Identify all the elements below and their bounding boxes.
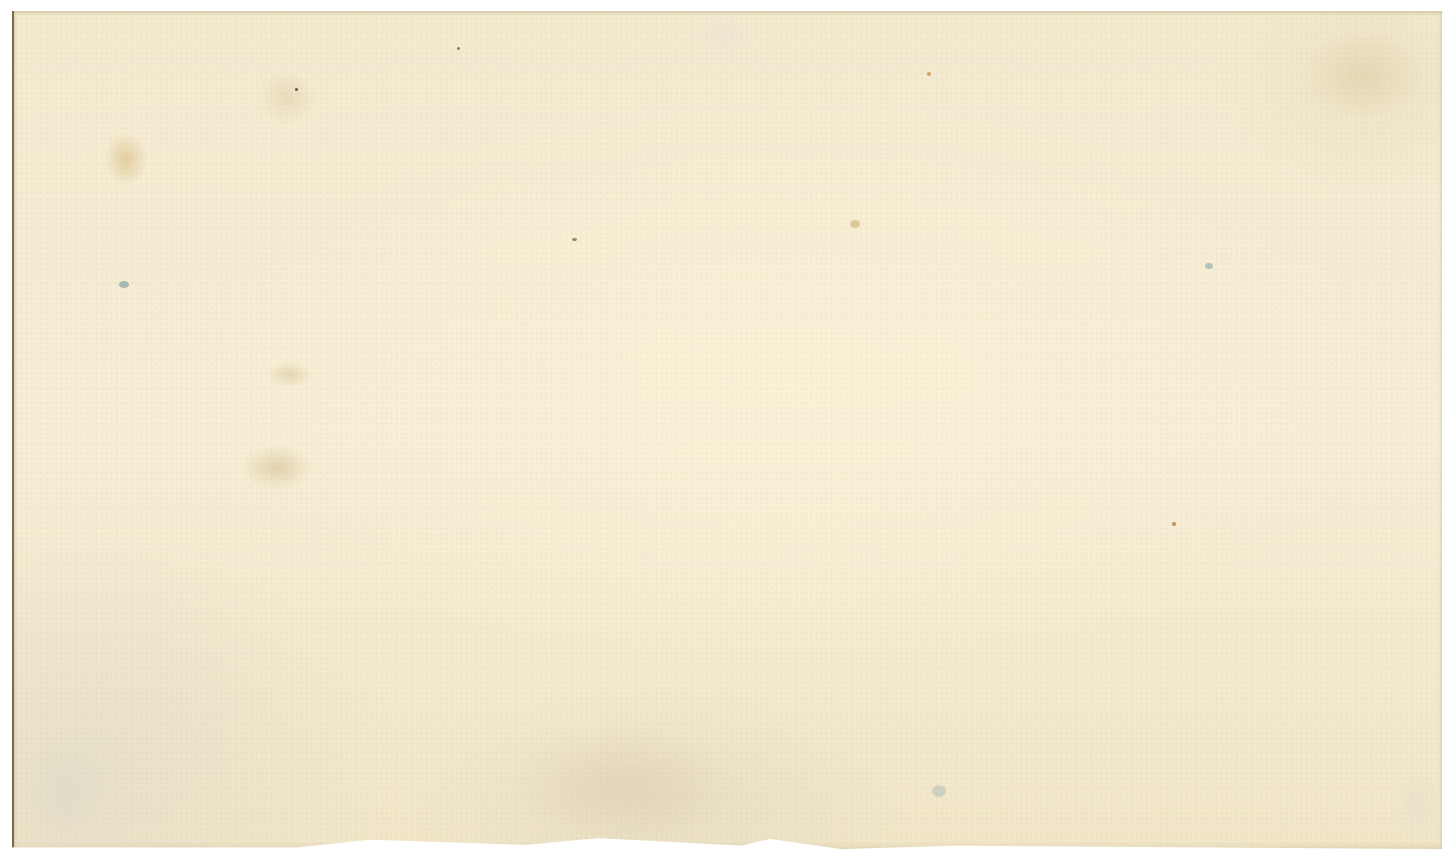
paper-stain xyxy=(257,70,317,125)
paper-stain xyxy=(1302,30,1422,120)
paper-spot xyxy=(295,88,298,91)
paper-spot xyxy=(1205,263,1213,269)
paper-spot xyxy=(927,72,931,76)
paper-spot xyxy=(457,47,460,50)
paper-stain xyxy=(20,740,110,850)
paper-stain xyxy=(242,445,312,490)
paper-stain xyxy=(512,725,732,845)
paper-spot xyxy=(1172,522,1176,526)
paper-spot xyxy=(119,281,129,288)
paper-stain xyxy=(692,15,752,55)
paper-spot xyxy=(932,785,946,797)
aged-paper-sheet xyxy=(12,11,1442,849)
paper-spot xyxy=(572,238,577,241)
canvas xyxy=(0,0,1452,861)
paper-grain-texture xyxy=(14,11,1442,849)
paper-spot xyxy=(850,220,860,228)
paper-stain xyxy=(1392,770,1442,840)
paper-stain xyxy=(267,362,312,387)
paper-stain xyxy=(105,133,147,185)
